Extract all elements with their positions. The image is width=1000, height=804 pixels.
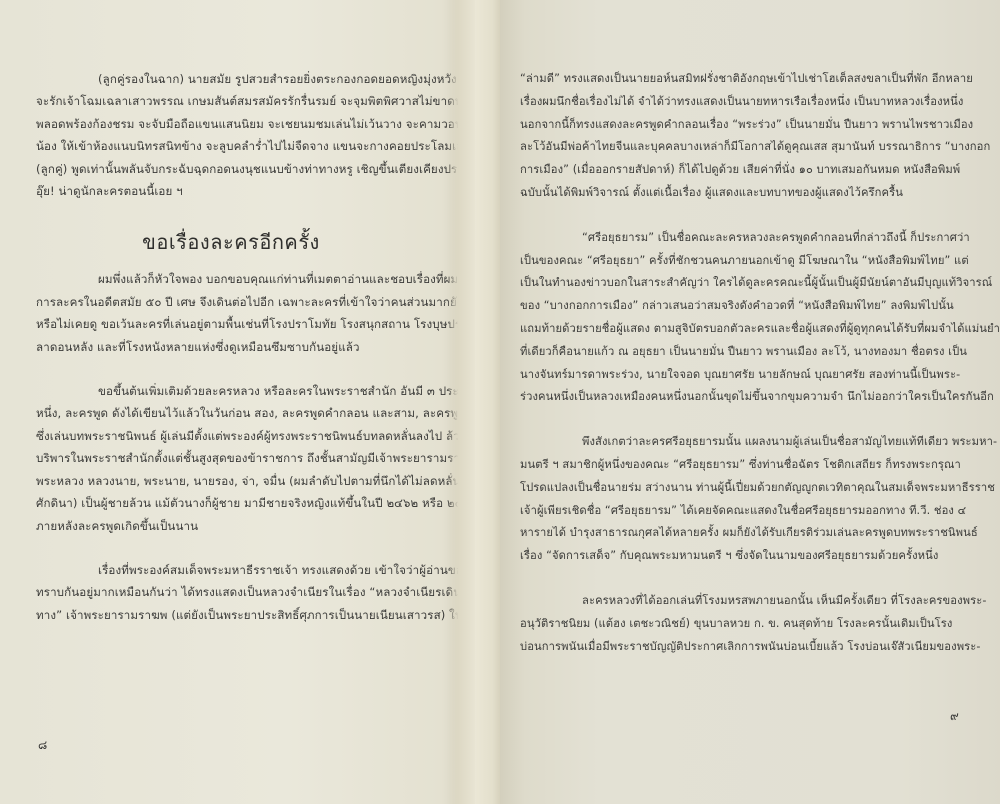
left-paragraph-3: ขอขึ้นต้นเพิ่มเติมด้วยละครหลวง หรือละครใ… (36, 380, 475, 537)
text-line: พระหลวง หลวงนาย, พระนาย, นายรอง, จ่า, จม… (36, 470, 475, 492)
text-line: บริพารในพระราชสำนักตั้งแต่ชั้นสูงสุดของข… (36, 447, 475, 469)
text-line: ละครหลวงที่ได้ออกเล่นที่โรงมหรสพภายนอกนั… (520, 590, 980, 613)
text-line: ขอขึ้นต้นเพิ่มเติมด้วยละครหลวง หรือละครใ… (36, 380, 475, 402)
text-line: เรื่อง “จัดการเสด็จ” กับคุณพระมหามนตรี ฯ… (520, 545, 980, 568)
text-line: ละโว้อันมีพ่อค้าไทยจีนและบุคคลบางเหล่าก็… (520, 136, 980, 159)
text-line: จะรักเจ้าโฉมเฉลาเสาวพรรณ เกษมสันต์สมรสมั… (36, 90, 475, 112)
text-line: “ศรีอยุธยารม” เป็นชื่อคณะละครหลวงละครพูด… (520, 227, 980, 250)
right-page: “ล่ามดี” ทรงแสดงเป็นนายยอห์นสมิทฝรั่งชาต… (500, 0, 1000, 804)
page-edge-strip (475, 0, 500, 804)
text-line: ฉบับนั้นได้พิมพ์วิจารณ์ ตั้งแต่เนื้อเรื่… (520, 182, 980, 205)
text-line: ลาดอนหลัง และที่โรงหนังหลายแห่งซึ่งดูเหม… (36, 336, 475, 358)
text-line: เจ้าผู้เพียรเชิดชื่อ “ศรีอยุธยารม” ได้เค… (520, 500, 980, 523)
text-line: เรื่องที่พระองค์สมเด็จพระมหาธีรราชเจ้า ท… (36, 559, 475, 581)
text-line: ร่วงคนหนึ่งเป็นหลวงเหมืองคนหนึ่งนอกนั้นข… (520, 386, 980, 409)
text-line: (ลูกคู่รองในฉาก) นายสมัย รูปสวยสำรอยยิ่ง… (36, 68, 475, 90)
right-paragraph-3: พึงสังเกตว่าละครศรีอยุธยารมนั้น แผลงนามผ… (520, 431, 980, 568)
text-line: แถมท้ายด้วยรายชื่อผู้แสดง ตามสูจิบัตรบอก… (520, 318, 980, 341)
text-line: ภายหลังละครพูดเกิดขึ้นเป็นนาน (36, 515, 475, 537)
right-paragraph-1: “ล่ามดี” ทรงแสดงเป็นนายยอห์นสมิทฝรั่งชาต… (520, 68, 980, 205)
page-number: ๘ (38, 736, 47, 755)
open-book-spread: (ลูกคู่รองในฉาก) นายสมัย รูปสวยสำรอยยิ่ง… (0, 0, 1000, 804)
text-line: เรื่องผมนึกชื่อเรื่องไม่ได้ จำได้ว่าทรงแ… (520, 91, 980, 114)
section-heading: ขอเรื่องละครอีกครั้ง (36, 226, 426, 258)
text-line: น้อง ให้เข้าห้องแนบนิทรสนิทข้าง จะลูบคลำ… (36, 135, 475, 157)
text-line: อนุวัติราชนิยม (แต้ฮง เตชะวณิชย์) ขุนบาล… (520, 613, 980, 636)
text-line: นางจันทร์มารดาพระร่วง, นายใจจอด บุณยาศรั… (520, 364, 980, 387)
text-line: เป็นในทำนองข่าวบอกในสาระสำคัญว่า ใครได้ด… (520, 272, 980, 295)
text-line: เป็นของคณะ “ศรีอยุธยา” ครั้งที่ชักชวนคนภ… (520, 250, 980, 273)
text-line: หรือไม่เคยดู ขอเว้นละครที่เล่นอยู่ตามพื้… (36, 313, 475, 335)
right-paragraph-4: ละครหลวงที่ได้ออกเล่นที่โรงมหรสพภายนอกนั… (520, 590, 980, 658)
left-paragraph-2: ผมพึ่งแล้วก็หัวใจพอง บอกขอบคุณแก่ท่านที่… (36, 268, 475, 358)
text-line: ซึ่งเล่นบทพระราชนิพนธ์ ผู้เล่นมีตั้งแต่พ… (36, 425, 475, 447)
text-line: (ลูกคู่) พูดเท่านั้นพลันจับกระฉับฉุดกอดน… (36, 158, 475, 180)
text-line: ผมพึ่งแล้วก็หัวใจพอง บอกขอบคุณแก่ท่านที่… (36, 268, 475, 290)
text-line: หารายได้ บำรุงสาธารณกุศลได้หลายครั้ง ผมก… (520, 522, 980, 545)
text-line: นอกจากนี้ก็ทรงแสดงละครพูดคำกลอนเรื่อง “พ… (520, 114, 980, 137)
text-line: หนึ่ง, ละครพูด ดังได้เขียนไว้แล้วในวันก่… (36, 402, 475, 424)
text-line: บ่อนการพนันเมื่อมีพระราชบัญญัติประกาศเลิ… (520, 636, 980, 659)
right-paragraph-2: “ศรีอยุธยารม” เป็นชื่อคณะละครหลวงละครพูด… (520, 227, 980, 409)
text-line: การเมือง” (เมื่อออกรายสัปดาห์) ก็ได้ไปดู… (520, 159, 980, 182)
text-line: พึงสังเกตว่าละครศรีอยุธยารมนั้น แผลงนามผ… (520, 431, 980, 454)
text-line: ทาง” เจ้าพระยารามราฆพ (แต่ยังเป็นพระยาปร… (36, 604, 475, 626)
text-line: พลอดพร้องก้องชรม จะจับมือถือแขนแสนนิยม จ… (36, 113, 475, 135)
text-line: อุ๊ย! น่าดูนักละครตอนนี้เอย ฯ (36, 180, 475, 202)
text-line: ของ “บางกอกการเมือง” กล่าวเสนอว่าสมจริงด… (520, 295, 980, 318)
left-paragraph-1: (ลูกคู่รองในฉาก) นายสมัย รูปสวยสำรอยยิ่ง… (36, 68, 475, 202)
text-line: มนตรี ฯ สมาชิกผู้หนึ่งของคณะ “ศรีอยุธยาร… (520, 454, 980, 477)
text-line: “ล่ามดี” ทรงแสดงเป็นนายยอห์นสมิทฝรั่งชาต… (520, 68, 980, 91)
text-line: ที่เดียวก็คือนายแก้ว ณ อยุธยา เป็นนายมั่… (520, 341, 980, 364)
left-page: (ลูกคู่รองในฉาก) นายสมัย รูปสวยสำรอยยิ่ง… (0, 0, 475, 804)
page-number: ๙ (950, 707, 959, 726)
text-line: ทราบกันอยู่มากเหมือนกันว่า ได้ทรงแสดงเป็… (36, 581, 475, 603)
text-line: ศักดินา) เป็นผู้ชายล้วน แม้ตัวนางก็ผู้ชา… (36, 492, 475, 514)
text-line: การละครในอดีตสมัย ๕๐ ปี เศษ จึงเดินต่อไป… (36, 291, 475, 313)
left-paragraph-4: เรื่องที่พระองค์สมเด็จพระมหาธีรราชเจ้า ท… (36, 559, 475, 626)
text-line: โปรดแปลงเป็นชื่อนายร่ม สว่างนาน ท่านผู้น… (520, 477, 980, 500)
